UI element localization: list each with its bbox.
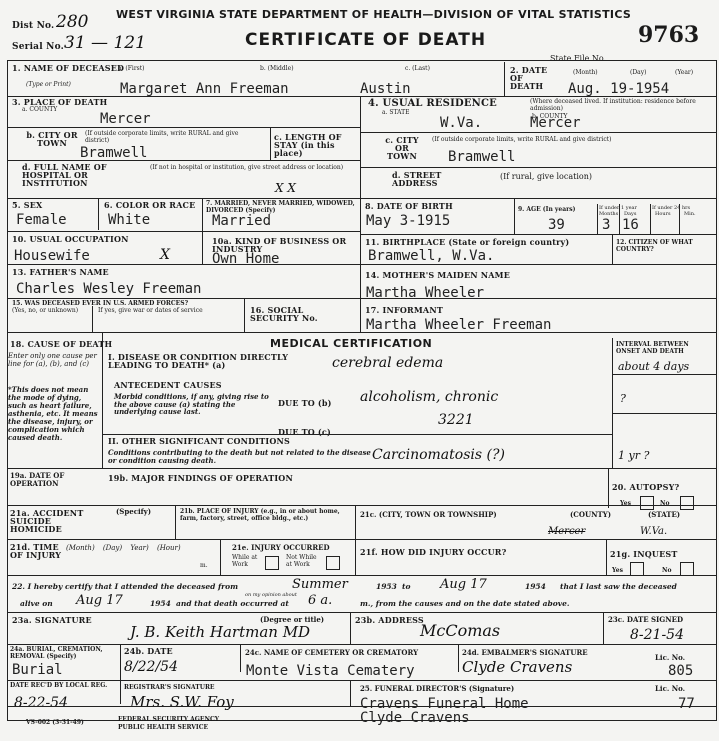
res-street-label: d. STREET ADDRESS: [392, 171, 442, 187]
cause-c: 3221: [438, 413, 474, 427]
cert-line2-end: m., from the causes and on the date stat…: [360, 601, 569, 608]
burial-date-label: 24b. DATE: [124, 647, 173, 655]
deceased-last: Austin: [360, 82, 411, 96]
embalmer-label: 24d. EMBALMER'S SIGNATURE: [462, 650, 588, 657]
dist-number: 280: [56, 15, 88, 29]
alive-on-year: 1954: [150, 601, 171, 608]
inquest-no-checkbox[interactable]: [680, 562, 694, 576]
alive-on-date: Aug 17: [76, 594, 123, 608]
age-label: 9. AGE (In years): [518, 207, 575, 214]
how-injury-label: 21f. HOW DID INJURY OCCUR?: [360, 548, 507, 556]
not-while-at-work-checkbox[interactable]: [326, 556, 340, 570]
burial-type: Burial: [12, 663, 63, 677]
operation-date-label: 19a. DATE OF OPERATION: [10, 472, 90, 488]
dod-day-label: (Day): [630, 70, 646, 77]
birthplace: Bramwell, W.Va.: [368, 249, 494, 263]
autopsy-label: 20. AUTOPSY?: [612, 483, 679, 491]
while-at-work-label: While at Work: [232, 555, 262, 568]
pod-city-label: b. CITY OR TOWN: [22, 131, 82, 147]
inquest-yes-checkbox[interactable]: [630, 562, 644, 576]
pod-city-note: (If outside corporate limits, write RURA…: [85, 131, 260, 144]
while-at-work-checkbox[interactable]: [265, 556, 279, 570]
middle-label: b. (Middle): [260, 66, 294, 73]
cert-line1-text: 22. I hereby certify that I attended the…: [12, 584, 238, 591]
disease-label: I. DISEASE OR CONDITION DIRECTLY LEADING…: [108, 353, 318, 369]
residence-label: 4. USUAL RESIDENCE: [368, 100, 497, 108]
date-received: 8-22-54: [14, 696, 68, 710]
operation-findings-label: 19b. MAJOR FINDINGS OF OPERATION: [108, 474, 293, 482]
hospital-note: (If not in hospital or institution, give…: [150, 165, 355, 172]
occupation: Housewife: [14, 249, 90, 263]
time-of-death: 6 a.: [308, 594, 332, 608]
attended-to-label: to: [402, 584, 410, 591]
pod-county-label: a. COUNTY: [22, 107, 57, 114]
funeral-director-label: 25. FUNERAL DIRECTOR'S (Signature): [360, 686, 514, 693]
informant-label: 17. INFORMANT: [365, 306, 443, 314]
cause-instruction: Enter only one cause per line for (a), (…: [8, 352, 100, 368]
dod-year-label: (Year): [675, 70, 693, 77]
date-of-birth: May 3-1915: [366, 214, 450, 228]
signature-label: 23a. SIGNATURE: [12, 616, 92, 624]
embalmer-lic-label: Lic. No.: [655, 655, 685, 662]
embalmer-signature: Clyde Cravens: [462, 660, 572, 674]
injury-specify-label: (Specify): [116, 509, 151, 516]
injury-time-m: m.: [200, 563, 208, 570]
hospital-label: d. FULL NAME OF HOSPITAL OR INSTITUTION: [22, 163, 122, 187]
burial-date: 8/22/54: [124, 660, 178, 674]
autopsy-yes-checkbox[interactable]: [640, 496, 654, 510]
other-conditions: Carcinomatosis (?): [372, 448, 505, 462]
certificate-title: CERTIFICATE OF DEATH: [245, 30, 486, 50]
antecedent-note: Morbid conditions, if any, giving rise t…: [114, 393, 274, 416]
date-received-label: DATE REC'D BY LOCAL REG.: [10, 683, 115, 690]
interval-a: about 4 days: [618, 360, 689, 374]
date-signed: 8-21-54: [630, 628, 684, 642]
medical-certification-title: MEDICAL CERTIFICATION: [270, 337, 432, 350]
dist-label: Dist No.: [12, 22, 54, 30]
res-city: Bramwell: [448, 150, 515, 164]
cause-a: cerebral edema: [332, 356, 443, 370]
attended-year2: 1954: [525, 584, 546, 591]
length-of-stay-label: c. LENGTH OF STAY (in this place): [274, 133, 358, 157]
injury-county-label: (COUNTY): [570, 512, 611, 519]
res-city-label: c. CITY OR TOWN: [385, 136, 419, 160]
deceased-first-middle: Margaret Ann Freeman: [120, 82, 289, 96]
director-lic-label: Lic. No.: [655, 686, 685, 693]
minutes-label: Min.: [684, 211, 696, 218]
not-while-at-work-label: Not While at Work: [286, 555, 322, 568]
attended-from: Summer: [292, 578, 348, 592]
injury-occurred-label: 21e. INJURY OCCURRED: [232, 545, 330, 552]
first-label: a. (First): [118, 66, 145, 73]
injury-city-label: 21c. (CITY, TOWN OR TOWNSHIP): [360, 512, 497, 519]
opinion-note: on my opinion about: [245, 592, 297, 599]
hours-label: Hours: [655, 211, 671, 218]
name-label: 1. NAME OF DECEASED: [12, 64, 124, 72]
director-lic-number: 77: [678, 697, 695, 711]
funeral-home: Cravens Funeral Home: [360, 697, 529, 711]
public-health-service: PUBLIC HEALTH SERVICE: [118, 725, 208, 732]
registrar-label: REGISTRAR'S SIGNATURE: [124, 685, 215, 692]
injury-state-label: (STATE): [648, 512, 680, 519]
race-label: 6. COLOR OR RACE: [104, 201, 195, 209]
residence-note: (Where deceased lived. If institution: r…: [530, 99, 710, 112]
funeral-director-name: Clyde Cravens: [360, 711, 470, 725]
race: White: [108, 213, 150, 227]
inquest-yes-label: Yes: [612, 568, 623, 575]
res-county: Mercer: [530, 116, 581, 130]
cemetery-label: 24c. NAME OF CEMETERY OR CREMATORY: [245, 650, 418, 657]
interval-other: 1 yr ?: [618, 449, 649, 463]
other-conditions-label: II. OTHER SIGNIFICANT CONDITIONS: [108, 437, 290, 445]
death-certificate: Dist No. 280 Serial No. 31 — 121 WEST VI…: [0, 0, 719, 741]
dod-month-label: (Month): [573, 70, 598, 77]
burial-type-label: 24a. BURIAL, CREMATION, REMOVAL (Specify…: [10, 647, 120, 660]
armed-forces-sublabel: (Yes, no, or unknown): [12, 308, 78, 315]
alive-on-label: alive on: [20, 601, 53, 608]
sex: Female: [16, 213, 67, 227]
injury-time-columns: (Month) (Day) Year) (Hour): [66, 545, 181, 552]
mother-label: 14. MOTHER'S MAIDEN NAME: [365, 271, 510, 279]
federal-agency: FEDERAL SECURITY AGENCY: [118, 717, 219, 724]
death-occurred-label: and that death occurred at: [176, 601, 289, 608]
interval-b: ?: [620, 392, 626, 406]
sex-label: 5. SEX: [12, 201, 42, 209]
res-state-label: a. STATE: [382, 110, 410, 117]
injury-county: Mercer: [548, 525, 585, 539]
inquest-no-label: No: [662, 568, 672, 575]
attended-year1: 1953: [376, 584, 397, 591]
date-of-death: Aug. 19-1954: [568, 82, 669, 96]
place-of-death-label: 3. PLACE OF DEATH: [12, 98, 107, 106]
attended-to: Aug 17: [440, 578, 487, 592]
cause-of-death-label: 18. CAUSE OF DEATH: [10, 340, 112, 348]
agency-title: WEST VIRGINIA STATE DEPARTMENT OF HEALTH…: [116, 8, 631, 21]
serial-number: 31 — 121: [64, 36, 146, 50]
age-months: 3: [602, 218, 610, 232]
inquest-label: 21g. INQUEST: [610, 550, 678, 558]
occupation-mark: X: [160, 248, 170, 262]
certificate-number: 9763: [638, 22, 699, 48]
cause-note: *This does not mean the mode of dying, s…: [8, 386, 100, 442]
place-of-injury-label: 21b. PLACE OF INJURY (e.g., in or about …: [180, 509, 350, 522]
father-name: Charles Wesley Freeman: [16, 282, 201, 296]
res-street-note: (If rural, give location): [500, 174, 592, 181]
hospital-value: X X: [275, 181, 296, 195]
last-label: c. (Last): [405, 66, 430, 73]
father-label: 13. FATHER'S NAME: [12, 268, 109, 276]
cause-b: alcoholism, chronic: [360, 390, 498, 404]
dob-label: 8. DATE OF BIRTH: [365, 202, 453, 210]
birthplace-label: 11. BIRTHPLACE (State or foreign country…: [365, 238, 569, 246]
cert-line1-end: that I last saw the deceased: [560, 584, 677, 591]
antecedent-label: ANTECEDENT CAUSES: [114, 381, 222, 389]
date-signed-label: 23c. DATE SIGNED: [608, 617, 683, 624]
date-of-death-label: 2. DATE OF DEATH: [510, 66, 550, 90]
pod-city: Bramwell: [80, 146, 147, 160]
marital-status: Married: [212, 214, 271, 228]
name-sublabel: (Type or Print): [26, 82, 71, 89]
armed-forces-war-label: If yes, give war or dates of service: [98, 308, 203, 315]
address-label: 23b. ADDRESS: [355, 616, 424, 624]
res-state: W.Va.: [440, 116, 482, 130]
interval-label: INTERVAL BETWEEN ONSET AND DEATH: [616, 342, 711, 355]
citizen-label: 12. CITIZEN OF WHAT COUNTRY?: [616, 240, 712, 253]
injury-type-label: 21a. ACCIDENT SUICIDE HOMICIDE: [10, 509, 90, 533]
occupation-label: 10. USUAL OCCUPATION: [12, 235, 129, 243]
injury-state: W.Va.: [640, 525, 667, 539]
ssn-label: 16. SOCIAL SECURITY No.: [250, 306, 350, 322]
form-code: VS-002 (3-31-49): [26, 720, 84, 727]
embalmer-lic-number: 805: [668, 664, 693, 678]
serial-label: Serial No.: [12, 43, 64, 51]
other-conditions-note: Conditions contributing to the death but…: [108, 449, 378, 464]
pod-county: Mercer: [100, 112, 151, 126]
age-days: 16: [622, 218, 639, 232]
due-to-b-label: DUE TO (b): [278, 399, 332, 407]
age: 39: [548, 218, 565, 232]
res-city-note: (If outside corporate limits, write RURA…: [432, 137, 611, 144]
autopsy-no-checkbox[interactable]: [680, 496, 694, 510]
informant: Martha Wheeler Freeman: [366, 318, 551, 332]
physician-address: McComas: [420, 624, 500, 638]
injury-time-label: 21d. TIME OF INJURY: [10, 543, 70, 559]
cemetery-name: Monte Vista Cematery: [246, 664, 415, 678]
physician-signature: J. B. Keith Hartman MD: [130, 625, 310, 639]
